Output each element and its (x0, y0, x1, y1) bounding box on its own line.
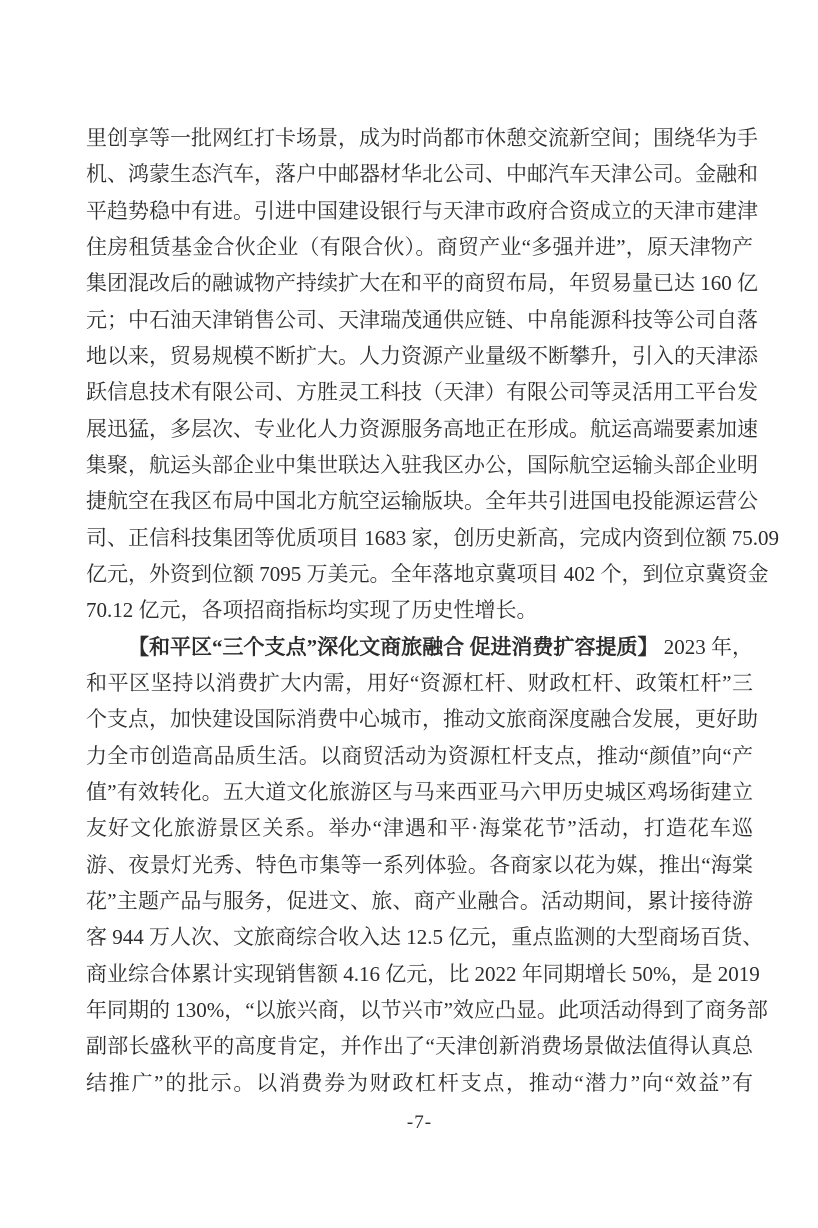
text-line: 游、夜景灯光秀、特色市集等一系列体验。各商家以花为媒，推出“海棠 (86, 847, 753, 883)
text-line: 花”主题产品与服务，促进文、旅、商产业融合。活动期间，累计接待游 (86, 883, 753, 919)
text-line: 力全市创造高品质生活。以商贸活动为资源杠杆支点，推动“颜值”向“产 (86, 738, 753, 774)
entry-heading-line: 【和平区“三个支点”深化文商旅融合 促进消费扩容提质】 2023 年， (86, 629, 753, 665)
text-line: 个支点，加快建设国际消费中心城市，推动文旅商深度融合发展，更好助 (86, 701, 753, 737)
paragraph-continuation: 里创享等一批网红打卡场景，成为时尚都市休憩交流新空间；围绕华为手机、鸿蒙生态汽车… (86, 120, 753, 629)
text-line: 地以来，贸易规模不断扩大。人力资源产业量级不断攀升，引入的天津添 (86, 338, 753, 374)
text-line: 平趋势稳中有进。引进中国建设银行与天津市政府合资成立的天津市建津 (86, 193, 753, 229)
text-line: 客 944 万人次、文旅商综合收入达 12.5 亿元，重点监测的大型商场百货、 (86, 919, 753, 955)
page-text-block: 里创享等一批网红打卡场景，成为时尚都市休憩交流新空间；围绕华为手机、鸿蒙生态汽车… (86, 120, 753, 1101)
text-line: 集聚，航运头部企业中集世联达入驻我区办公，国际航空运输头部企业明 (86, 447, 753, 483)
text-line: 年同期的 130%，“以旅兴商，以节兴市”效应凸显。此项活动得到了商务部 (86, 992, 753, 1028)
text-line: 亿元，外资到位额 7095 万美元。全年落地京冀项目 402 个，到位京冀资金 (86, 556, 753, 592)
text-line: 值”有效转化。五大道文化旅游区与马来西亚马六甲历史城区鸡场街建立 (86, 774, 753, 810)
text-line: 副部长盛秋平的高度肯定，并作出了“天津创新消费场景做法值得认真总 (86, 1028, 753, 1064)
entry-heading-year: 2023 年， (658, 635, 753, 659)
text-line: 展迅猛，多层次、专业化人力资源服务高地正在形成。航运高端要素加速 (86, 411, 753, 447)
text-line: 跃信息技术有限公司、方胜灵工科技（天津）有限公司等灵活用工平台发 (86, 374, 753, 410)
text-line: 捷航空在我区布局中国北方航空运输版块。全年共引进国电投能源运营公 (86, 483, 753, 519)
text-line: 里创享等一批网红打卡场景，成为时尚都市休憩交流新空间；围绕华为手 (86, 120, 753, 156)
text-line: 集团混改后的融诚物产持续扩大在和平的商贸布局，年贸易量已达 160 亿 (86, 265, 753, 301)
text-line: 元；中石油天津销售公司、天津瑞茂通供应链、中帛能源科技等公司自落 (86, 302, 753, 338)
text-line: 70.12 亿元，各项招商指标均实现了历史性增长。 (86, 592, 753, 628)
text-line: 和平区坚持以消费扩大内需，用好“资源杠杆、财政杠杆、政策杠杆”三 (86, 665, 753, 701)
entry-title: 【和平区“三个支点”深化文商旅融合 促进消费扩容提质】 (128, 635, 658, 659)
document-page: 里创享等一批网红打卡场景，成为时尚都市休憩交流新空间；围绕华为手机、鸿蒙生态汽车… (0, 0, 818, 1228)
paragraph-entry-body: 和平区坚持以消费扩大内需，用好“资源杠杆、财政杠杆、政策杠杆”三个支点，加快建设… (86, 665, 753, 1101)
text-line: 司、正信科技集团等优质项目 1683 家，创历史新高，完成内资到位额 75.09 (86, 520, 753, 556)
page-number: -7- (86, 1112, 753, 1134)
text-line: 结推广”的批示。以消费券为财政杠杆支点，推动“潜力”向“效益”有 (86, 1065, 753, 1101)
text-line: 住房租赁基金合伙企业（有限合伙）。商贸产业“多强并进”，原天津物产 (86, 229, 753, 265)
text-line: 机、鸿蒙生态汽车，落户中邮器材华北公司、中邮汽车天津公司。金融和 (86, 156, 753, 192)
text-line: 商业综合体累计实现销售额 4.16 亿元，比 2022 年同期增长 50%，是 … (86, 956, 753, 992)
text-line: 友好文化旅游景区关系。举办“津遇和平·海棠花节”活动，打造花车巡 (86, 810, 753, 846)
